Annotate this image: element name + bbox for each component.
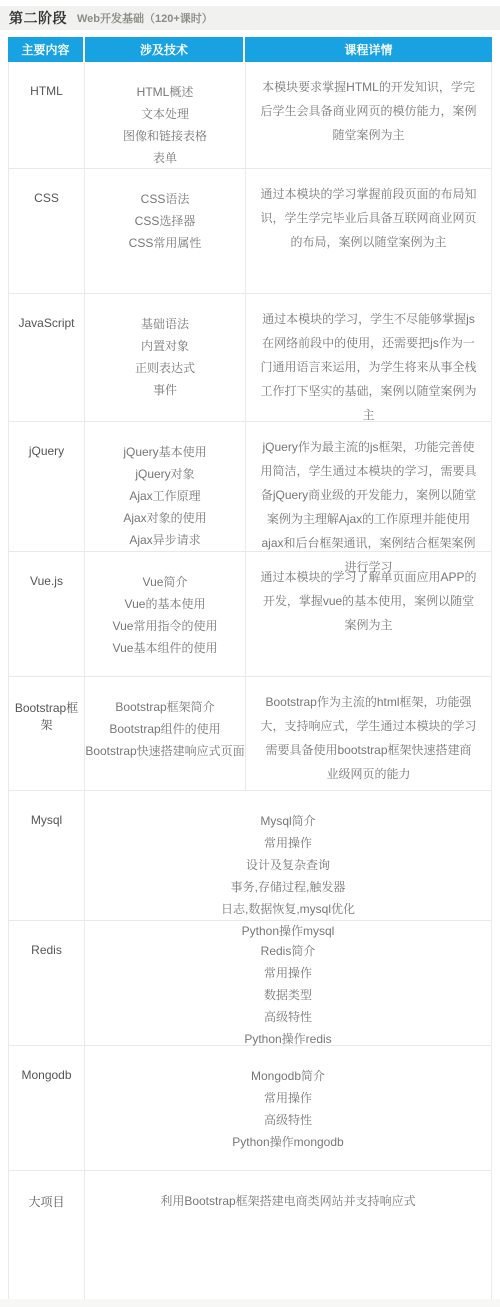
table-row: MongodbMongodb简介常用操作高级特性Python操作mongodb [9, 1045, 491, 1170]
tech-item: Python操作mongodb [85, 1131, 491, 1153]
table-row: 大项目利用Bootstrap框架搭建电商类网站并支持响应式 [9, 1170, 491, 1300]
tech-item: 常用操作 [85, 1087, 491, 1109]
tech-item: jQuery基本使用 [85, 441, 245, 463]
tech-item: 高级特性 [85, 1109, 491, 1131]
tech-item: Vue基本组件的使用 [85, 637, 245, 659]
tech-item: 正则表达式 [85, 357, 245, 379]
tech-list: 利用Bootstrap框架搭建电商类网站并支持响应式 [84, 1171, 491, 1300]
curriculum-page: 第二阶段 Web开发基础（120+课时） 主要内容 涉及技术 课程详情 HTML… [0, 0, 500, 1307]
tech-item: 高级特性 [85, 1006, 491, 1028]
tech-item: Vue的基本使用 [85, 593, 245, 615]
tech-list: HTML概述文本处理图像和链接表格表单 [84, 62, 246, 168]
table-row: HTMLHTML概述文本处理图像和链接表格表单本模块要求掌握HTML的开发知识，… [9, 62, 491, 168]
tech-item: 事务,存储过程,触发器 [85, 876, 491, 898]
tech-item: 利用Bootstrap框架搭建电商类网站并支持响应式 [85, 1190, 491, 1212]
tech-item: HTML概述 [85, 81, 245, 103]
course-detail-cell: 通过本模块的学习掌握前段页面的布局知识，学生学完毕业后具备互联网商业网页的布局，… [246, 169, 491, 293]
row-label: 大项目 [9, 1171, 84, 1300]
table-row: JavaScript基础语法内置对象正则表达式事件通过本模块的学习，学生不尽能够… [9, 293, 491, 421]
stage-header: 第二阶段 Web开发基础（120+课时） [0, 6, 500, 30]
tech-list: Vue简介Vue的基本使用Vue常用指令的使用Vue基本组件的使用 [84, 552, 246, 676]
tech-item: 常用操作 [85, 832, 491, 854]
course-table: 主要内容 涉及技术 课程详情 HTMLHTML概述文本处理图像和链接表格表单本模… [8, 37, 492, 1301]
tech-item: 基础语法 [85, 313, 245, 335]
tech-item: Mysql简介 [85, 810, 491, 832]
tech-item: Mongodb简介 [85, 1065, 491, 1087]
tech-item: jQuery对象 [85, 463, 245, 485]
tech-item: 事件 [85, 379, 245, 401]
course-detail-cell: jQuery作为最主流的js框架，功能完善使用简洁，学生通过本模块的学习，需要具… [246, 422, 491, 551]
table-row: Bootstrap框架Bootstrap框架简介Bootstrap组件的使用Bo… [9, 676, 491, 790]
tech-item: Ajax工作原理 [85, 485, 245, 507]
course-detail-cell: Bootstrap作为主流的html框架，功能强大，支持响应式，学生通过本模块的… [246, 677, 491, 790]
row-label: Bootstrap框架 [9, 677, 84, 790]
row-label: Redis [9, 921, 84, 1045]
stage-title: 第二阶段 [9, 8, 67, 28]
table-row: jQueryjQuery基本使用jQuery对象Ajax工作原理Ajax对象的使… [9, 421, 491, 551]
tech-list: Mongodb简介常用操作高级特性Python操作mongodb [84, 1046, 491, 1170]
tech-list: Redis简介常用操作数据类型高级特性Python操作redis [84, 921, 491, 1045]
course-detail-text: 本模块要求掌握HTML的开发知识，学完后学生会具备商业网页的模仿能力，案例随堂案… [260, 75, 477, 147]
tech-item: Vue常用指令的使用 [85, 615, 245, 637]
row-label: CSS [9, 169, 84, 293]
row-label: Mongodb [9, 1046, 84, 1170]
table-header-row: 主要内容 涉及技术 课程详情 [8, 37, 492, 62]
tech-item: 内置对象 [85, 335, 245, 357]
course-detail-text: 通过本模块的学习，学生不尽能够掌握js在网络前段中的使用，还需要把js作为一门通… [260, 307, 477, 427]
course-detail-cell: 通过本模块的学习，学生不尽能够掌握js在网络前段中的使用，还需要把js作为一门通… [246, 294, 491, 421]
table-row: CSSCSS语法CSS选择器CSS常用属性通过本模块的学习掌握前段页面的布局知识… [9, 168, 491, 293]
tech-item: 设计及复杂查询 [85, 854, 491, 876]
tech-item: 数据类型 [85, 984, 491, 1006]
tech-item: 表单 [85, 147, 245, 169]
row-label: Vue.js [9, 552, 84, 676]
page-footer-strip [0, 1299, 500, 1307]
tech-item: Vue简介 [85, 571, 245, 593]
tech-item: CSS语法 [85, 188, 245, 210]
course-detail-text: Bootstrap作为主流的html框架，功能强大，支持响应式，学生通过本模块的… [260, 690, 477, 786]
tech-item: 日志,数据恢复,mysql优化 [85, 898, 491, 920]
tech-list: CSS语法CSS选择器CSS常用属性 [84, 169, 246, 293]
tech-item: Bootstrap快速搭建响应式页面 [85, 740, 245, 762]
tech-item: CSS常用属性 [85, 232, 245, 254]
tech-item: 图像和链接表格 [85, 125, 245, 147]
tech-item: Ajax对象的使用 [85, 507, 245, 529]
tech-item: Bootstrap组件的使用 [85, 718, 245, 740]
table-body: HTMLHTML概述文本处理图像和链接表格表单本模块要求掌握HTML的开发知识，… [8, 62, 492, 1301]
tech-item: 文本处理 [85, 103, 245, 125]
tech-list: 基础语法内置对象正则表达式事件 [84, 294, 246, 421]
tech-list: Bootstrap框架简介Bootstrap组件的使用Bootstrap快速搭建… [84, 677, 246, 790]
tech-list: jQuery基本使用jQuery对象Ajax工作原理Ajax对象的使用Ajax异… [84, 422, 246, 551]
tech-item: 常用操作 [85, 962, 491, 984]
stage-subtitle: Web开发基础（120+课时） [77, 10, 213, 26]
column-header-course-details: 课程详情 [245, 37, 492, 62]
course-detail-cell: 本模块要求掌握HTML的开发知识，学完后学生会具备商业网页的模仿能力，案例随堂案… [246, 62, 491, 168]
row-label: Mysql [9, 791, 84, 920]
course-detail-text: 通过本模块的学习了解单页面应用APP的开发，掌握vue的基本使用，案例以随堂案例… [260, 565, 477, 637]
table-row: MysqlMysql简介常用操作设计及复杂查询事务,存储过程,触发器日志,数据恢… [9, 790, 491, 920]
course-detail-cell: 通过本模块的学习了解单页面应用APP的开发，掌握vue的基本使用，案例以随堂案例… [246, 552, 491, 676]
table-row: Vue.jsVue简介Vue的基本使用Vue常用指令的使用Vue基本组件的使用通… [9, 551, 491, 676]
table-row: RedisRedis简介常用操作数据类型高级特性Python操作redis [9, 920, 491, 1045]
column-header-main-content: 主要内容 [8, 37, 83, 62]
row-label: jQuery [9, 422, 84, 551]
tech-item: CSS选择器 [85, 210, 245, 232]
row-label: HTML [9, 62, 84, 168]
row-label: JavaScript [9, 294, 84, 421]
column-header-technologies: 涉及技术 [83, 37, 245, 62]
tech-item: Ajax异步请求 [85, 529, 245, 551]
tech-item: Redis简介 [85, 940, 491, 962]
tech-list: Mysql简介常用操作设计及复杂查询事务,存储过程,触发器日志,数据恢复,mys… [84, 791, 491, 920]
course-detail-text: 通过本模块的学习掌握前段页面的布局知识，学生学完毕业后具备互联网商业网页的布局，… [260, 182, 477, 254]
tech-item: Bootstrap框架简介 [85, 696, 245, 718]
